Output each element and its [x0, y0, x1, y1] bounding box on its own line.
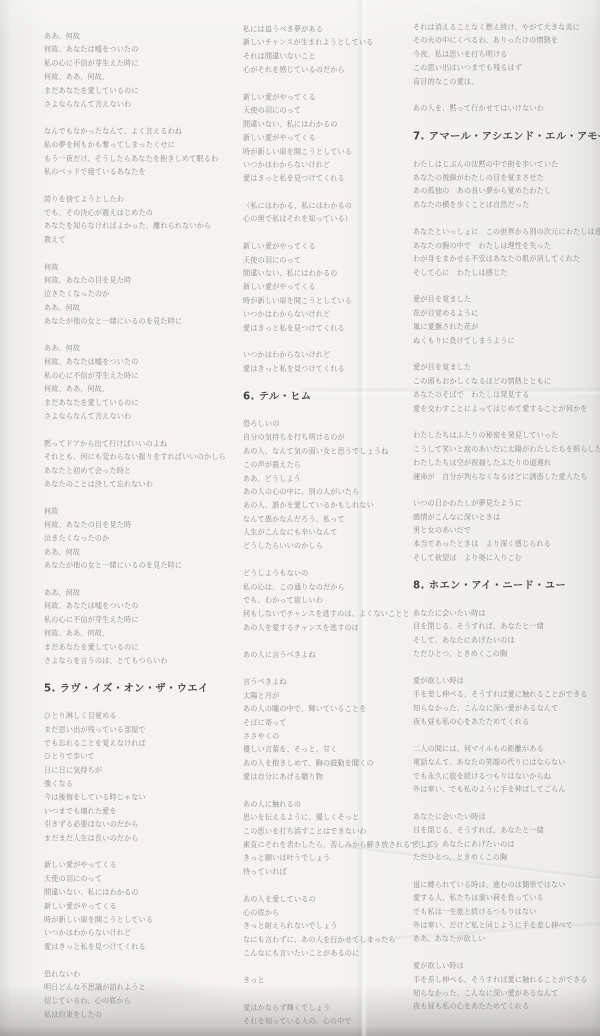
stanza: 愛はかならず輝くでしょうそれを知っている人の、心の中で — [243, 1001, 439, 1028]
lyric-line: 風に愛撫された花が — [413, 321, 600, 335]
lyric-line: この思い出はいつまでも残るはず — [413, 62, 600, 76]
stanza: あの人を、黙って行かせてはいけないわ — [413, 102, 600, 116]
lyric-line: さよならを言うのは、とてもつらいわ — [44, 654, 226, 668]
lyric-line: あの人の心の中に、別の人がいたら — [243, 486, 439, 500]
lyric-line: この思いを打ち消すことはできないわ — [243, 825, 439, 839]
lyric-line: 本当であったときは より深く感じられる — [413, 538, 600, 552]
lyric-line: 私の心に不信が芽生えた時に — [44, 57, 226, 71]
lyric-line: あなたの横を歩くことは自然だった — [413, 199, 600, 213]
lyric-line: わたしたちは空が祝福したふたりの道連れ — [413, 456, 600, 470]
lyric-line: 思いを伝えるように、優しくそっと — [243, 811, 439, 825]
lyric-line: 私の心は、この通りなのだから — [243, 581, 439, 595]
stanza: 恐れないわ明日どんな不思議が訪れようと信じているわ、心の底から私は約束をしたの — [44, 968, 226, 1022]
song-title-heading: 8. ホエン・アイ・ニード・ユー — [413, 579, 600, 593]
lyric-line: そして、あなたにあげたいのは — [413, 634, 600, 648]
lyric-line: 間違いない、私にはわかるの — [243, 267, 439, 281]
lyric-line: ああ、何故 — [44, 30, 226, 44]
lyric-line: 泣きたくなったのか — [44, 532, 226, 546]
lyric-line: 運命が 自分が判らなくなるほどに誘惑した愛人たち — [413, 470, 600, 484]
lyric-line: あなたに会いたい時は — [413, 607, 600, 621]
lyric-line: 今夜、私は思いを打ち明ける — [413, 48, 600, 62]
stanza: 新しい愛がやってくる天使の羽にのって間違いない、私にはわかるの新しい愛がやってく… — [243, 91, 439, 186]
lyric-line: 新しい愛がやってくる — [243, 132, 439, 146]
lyrics-column-1: ああ、何故何故、あなたは嘘をついたの私の心に不信が芽生えた時に何故、ああ、何故、… — [44, 30, 226, 1036]
lyric-line: それを知っている人の、心の中で — [243, 1015, 439, 1029]
lyric-line: ああ、何故 — [44, 546, 226, 560]
lyric-line: 太陽と月が — [243, 689, 439, 703]
lyric-line: 愛が目を覚ました — [413, 294, 600, 308]
lyric-line: 教えて — [44, 234, 226, 248]
lyric-line: ひとり淋しく目覚める — [44, 710, 226, 724]
stanza: 道に縛られている時は、進むのは簡単ではない愛する人、私たちは重い荷を負っているで… — [413, 878, 600, 946]
lyric-line: 感情がこんなに深いときは — [413, 511, 600, 525]
lyric-line: でも私は一生旅と続けるつもりはない — [413, 906, 600, 920]
lyric-line: 知らなかった、こんなに深い愛があるなんて — [413, 987, 600, 1001]
lyric-line: （私にはわかる、私にはわかるの — [243, 199, 439, 213]
lyric-line: なんでもなかったなんて、よく言えるわね — [44, 125, 226, 139]
song-title-text: 6. テル・ヒム — [243, 389, 439, 403]
lyric-line: 私は約束をしたの — [44, 1008, 226, 1022]
lyric-line: 新しい愛がやってくる — [44, 859, 226, 873]
lyric-line: 明日どんな不思議が訪れようと — [44, 981, 226, 995]
lyric-line: 私の夢を何もかも奪ってしまったくせに — [44, 139, 226, 153]
lyric-line: 新しい愛がやってくる — [44, 900, 226, 914]
lyric-line: なんて愚かなんだろう、私って — [243, 513, 439, 527]
stanza: いつかはわからないけれど愛はきっと私を見つけてくれる — [243, 349, 439, 376]
lyric-line: 黙ってドアから出て行けばいいのよね — [44, 437, 226, 451]
lyric-line: 何故、あなたの目を見た時 — [44, 519, 226, 533]
lyric-line: 何もしないでチャンスを逃すのは、よくないことと — [243, 608, 439, 622]
lyric-line: 愛はきっと私を見つけてくれる — [243, 362, 439, 376]
lyric-line: それは消えることなく燃え続け、やがて大きな炎に — [413, 21, 600, 35]
lyric-line: 心がそれを感じているのだから — [243, 64, 439, 78]
lyric-line: ああ、どうしよう — [243, 472, 439, 486]
lyric-line: あの人に言うべきよね — [243, 649, 439, 663]
lyric-line: 時が新しい扉を開こうとしている — [243, 294, 439, 308]
lyric-line: さよならなんて言えないわ — [44, 410, 226, 424]
lyric-line: 何故、ああ、何故、 — [44, 71, 226, 85]
lyric-line: いつかはわからないけれど — [243, 349, 439, 363]
lyric-line: 知らなかった、こんなに深い愛があるなんて — [413, 702, 600, 716]
lyric-line: 外は寒い、だけど私と同じように手を差し伸べて — [413, 919, 600, 933]
lyric-line: でも永久に旅を続けるつもりはないからね — [413, 770, 600, 784]
lyric-line: 何故、ああ、何故、 — [44, 383, 226, 397]
song-title-heading: 7. アマール・アシエンド・エル・アモール — [413, 130, 600, 144]
lyric-line: あなたのことは決して忘れないわ — [44, 478, 226, 492]
lyric-line: あの孤独の あの長い夢から覚めたわたし — [413, 185, 600, 199]
lyric-line: あなたを知らなければよかった、離れられないから — [44, 220, 226, 234]
stanza: わたしたちはふたりの秘密を発見していったこうして笑いと涙のあいだに太陽がわたした… — [413, 429, 600, 483]
lyric-line: ああ、何故 — [44, 587, 226, 601]
lyrics-column-3: それは消えることなく燃え続け、やがて大きな炎にその火の中にくべるわ、ありったけの… — [413, 21, 600, 1028]
lyric-line: あの人を愛しているの — [243, 893, 439, 907]
lyric-line: 新しい愛がやってくる — [243, 240, 439, 254]
stanza: 恐ろしいの自分の気持ちを打ち明けるのがあの人、なんて気の弱い女と思うでしょうねこ… — [243, 418, 439, 554]
lyric-line: ただひとつ、ときめくこの胸 — [413, 648, 600, 662]
stanza: あなたに会いたい時は目を閉じる、そうすれば、あなたと一緒そして、あなたにあげたい… — [413, 811, 600, 865]
stanza: ああ、何故何故、あなたは嘘をついたの私の心に不信が芽生えた時に何故、ああ、何故、… — [44, 30, 226, 111]
lyric-line: 信じているわ、心の底から — [44, 995, 226, 1009]
lyric-line: ささやくの — [243, 730, 439, 744]
lyric-line: 誇りを捨てようとしたわ — [44, 193, 226, 207]
lyric-line: あなたが他の女と一緒にいるのを見た時に — [44, 559, 226, 573]
lyric-line: 愛はきっと私を見つけてくれる — [243, 172, 439, 186]
stanza: それは消えることなく燃え続け、やがて大きな炎にその火の中にくべるわ、ありったけの… — [413, 21, 600, 89]
lyric-line: あの人の瞳の中で、輝いていることを — [243, 703, 439, 717]
lyric-line: まだあなたを愛しているのに — [44, 84, 226, 98]
lyric-line: そばに寄って — [243, 716, 439, 730]
lyric-line: ぬくもりに負けてしまうように — [413, 334, 600, 348]
lyric-line: 間違いない、私にはわかるの — [44, 886, 226, 900]
lyric-line: 人生がこんなにも辛いなんて — [243, 526, 439, 540]
lyric-line: あなたといっしょに この世界から別の次元にわたしは逃げた — [413, 226, 600, 240]
lyric-line: 何故、ああ、何故、 — [44, 627, 226, 641]
lyric-line: もう一夜だけ、そうしたらあなたを抱きしめて眠るわ — [44, 152, 226, 166]
lyric-line: でも忘れることを覚えなければ — [44, 737, 226, 751]
stanza: 愛が目を覚ましたこの頭もおかしくなるほどの情熱とともにあなたのそばで わたしは発… — [413, 361, 600, 415]
stanza: 黙ってドアから出て行けばいいのよねそれとも、何にも変わらない振りをすればいいのか… — [44, 437, 226, 491]
lyric-line: 心の奥で私はそれを知っている） — [243, 213, 439, 227]
stanza: あなたに会いたい時は目を閉じる、そうすれば、あなたと一緒そして、あなたにあげたい… — [413, 607, 600, 661]
lyric-line: わたしはじぶんの沈黙の中で街を歩いていた — [413, 158, 600, 172]
stanza: あなたといっしょに この世界から別の次元にわたしは逃げたあなたの腕の中で わたし… — [413, 226, 600, 280]
lyric-line: 目を閉じる、そうすれば、あなたと一緒 — [413, 824, 600, 838]
stanza: あの人に言うべきよね — [243, 649, 439, 663]
stanza: 愛が目を覚ました花が目覚めるように風に愛撫された花がぬくもりに負けてしまうように — [413, 294, 600, 348]
stanza: いつの日かわたしが夢見たように感情がこんなに深いときは男と女のあいだで本当であっ… — [413, 497, 600, 565]
lyric-line: 夜も昼も私の心をあたためてくれる — [413, 1001, 600, 1015]
lyric-line: いつまでも壊れた愛を — [44, 805, 226, 819]
lyric-line: 愛が欲しい時は — [413, 960, 600, 974]
lyric-line: 愛が目を覚ました — [413, 361, 600, 375]
lyric-line: 花が目覚めるように — [413, 307, 600, 321]
lyric-line: 時が新しい扉を開こうとしている — [44, 913, 226, 927]
lyric-line: 間違いない、私にはわかるの — [243, 118, 439, 132]
stanza: 何故何故、あなたの目を見た時泣きたくなったのかああ、何故あなたが他の女と一緒にい… — [44, 261, 226, 329]
lyric-line: 電話なんて、あなたの笑顔の代りにはならない — [413, 756, 600, 770]
lyric-line: こんなにも言いたいことがあるのに — [243, 947, 439, 961]
lyric-line: 素直にそれを表わしたら、苦しみから解き放されるでしょう — [243, 839, 439, 853]
lyric-line: きっと耐えられないでしょう — [243, 920, 439, 934]
lyric-line: 愛が欲しい時は — [413, 675, 600, 689]
lyric-line: 愛は自分にあげる贈り物 — [243, 771, 439, 785]
lyric-line: 私の心に不信が芽生えた時に — [44, 369, 226, 383]
lyric-line: 言うべきよね — [243, 676, 439, 690]
lyric-line: あの人、誰かを愛しているかもしれない — [243, 499, 439, 513]
lyric-line: この頭もおかしくなるほどの情熱とともに — [413, 375, 600, 389]
lyric-line: あなたの視線がわたしの目を覚まさせた — [413, 171, 600, 185]
lyric-line: この声が震えたら — [243, 458, 439, 472]
lyric-line: わたしたちはふたりの秘密を発見していった — [413, 429, 600, 443]
lyric-line: 天使の羽にのって — [44, 873, 226, 887]
stanza: 愛が欲しい時は手を差し伸べる、そうすれば愛に触れることができる知らなかった、こん… — [413, 675, 600, 729]
stanza: 言うべきよね太陽と月があの人の瞳の中で、輝いていることをそばに寄ってささやくの優… — [243, 676, 439, 785]
stanza: 誇りを捨てようとしたわでも、その決心が震えはじめたのあなたを知らなければよかった… — [44, 193, 226, 247]
stanza: なんでもなかったなんて、よく言えるわね私の夢を何もかも奪ってしまったくせにもう一… — [44, 125, 226, 179]
lyric-line: 何故、あなたは嘘をついたの — [44, 44, 226, 58]
lyric-line: 愛はきっと私を見つけてくれる — [44, 941, 226, 955]
stanza: 二人の間には、何マイルもの距離がある電話なんて、あなたの笑顔の代りにはならないで… — [413, 743, 600, 797]
lyric-line: 心の底から — [243, 906, 439, 920]
lyric-line: 優しい言葉を、そっと、甘く — [243, 744, 439, 758]
stanza: 何故何故、あなたの目を見た時泣きたくなったのかああ、何故あなたが他の女と一緒にい… — [44, 505, 226, 573]
lyric-line: そして、あなたにあげたいのは — [413, 838, 600, 852]
lyric-line: 何故、あなたの目を見た時 — [44, 274, 226, 288]
lyric-line: あの人を抱きしめて、胸の鼓動を聞くの — [243, 757, 439, 771]
lyric-line: あなたの腕の中で わたしは理性を失った — [413, 239, 600, 253]
lyric-line: 新しい愛がやってくる — [243, 91, 439, 105]
lyric-line: いつかはわからないけれど — [243, 159, 439, 173]
stanza: 私には追うべき夢がある新しいチャンスが生まれようとしているそれは間違いないこと心… — [243, 23, 439, 77]
stanza: あの人に触れるの思いを伝えるように、優しくそっとこの思いを打ち消すことはできない… — [243, 798, 439, 879]
lyric-line: いつかはわからないけれど — [44, 927, 226, 941]
lyric-line: どうしたらいいのかしら — [243, 540, 439, 554]
lyric-line: 今は後悔をしている時じゃない — [44, 791, 226, 805]
lyric-line: ああ、何故 — [44, 301, 226, 315]
lyric-line: ああ、何故 — [44, 342, 226, 356]
stanza: ああ、何故何故、あなたは嘘をついたの私の心に不信が芽生えた時に何故、ああ、何故、… — [44, 587, 226, 668]
lyric-line: でも、わかって欲しいわ — [243, 594, 439, 608]
song-title-text: 8. ホエン・アイ・ニード・ユー — [413, 579, 600, 593]
song-title-heading: 6. テル・ヒム — [243, 389, 439, 403]
lyric-line: あなたに会いたい時は — [413, 811, 600, 825]
lyric-line: まだあなたを愛しているのに — [44, 641, 226, 655]
lyric-line: 愛を交わすことによってはじめて愛することが何かを — [413, 402, 600, 416]
lyric-line: まだあなたを愛しているのに — [44, 396, 226, 410]
song-title-text: 5. ラヴ・イズ・オン・ザ・ウエイ — [44, 682, 226, 696]
stanza: （私にはわかる、私にはわかるの心の奥で私はそれを知っている） — [243, 199, 439, 226]
lyric-line: あの人に触れるの — [243, 798, 439, 812]
lyric-line: 二人の間には、何マイルもの距離がある — [413, 743, 600, 757]
lyric-line: あなたが他の女と一緒にいるのを見た時に — [44, 315, 226, 329]
lyric-line: 男と女のあいだで — [413, 524, 600, 538]
lyric-line: きっと — [243, 974, 439, 988]
lyric-line: 日に日に気持ちが — [44, 764, 226, 778]
lyric-line: でも、その決心が震えはじめたの — [44, 206, 226, 220]
lyric-line: 何故、あなたは嘘をついたの — [44, 356, 226, 370]
lyric-line: あの人、なんて気の弱い女と思うでしょうね — [243, 445, 439, 459]
lyric-line: まだ思い出が残っている部屋で — [44, 723, 226, 737]
stanza: どうしようもないの私の心は、この通りなのだからでも、わかって欲しいわ何もしないで… — [243, 567, 439, 635]
lyric-line: 待っていれば — [243, 866, 439, 880]
lyric-line: まだまだ人生は長いのだから — [44, 832, 226, 846]
lyrics-column-2: 私には追うべき夢がある新しいチャンスが生まれようとしているそれは間違いないこと心… — [243, 23, 439, 1036]
lyric-line: こうして笑いと涙のあいだに太陽がわたしたちを照らした — [413, 443, 600, 457]
lyric-line: 何故 — [44, 261, 226, 275]
lyric-line: そして欲望は より奥に入りこむ — [413, 551, 600, 565]
lyric-line: 私の心に不信が芽生えた時に — [44, 614, 226, 628]
stanza: わたしはじぶんの沈黙の中で街を歩いていたあなたの視線がわたしの目を覚まさせたあの… — [413, 158, 600, 212]
lyric-line: 何故 — [44, 505, 226, 519]
lyric-line: あなたのそばで わたしは発見する — [413, 389, 600, 403]
lyric-line: 恐ろしいの — [243, 418, 439, 432]
lyric-line: 引きずる必要はないのだから — [44, 818, 226, 832]
lyric-line: 恐れないわ — [44, 968, 226, 982]
lyric-line: 手を差し伸べる、そうすれば愛に触れることができる — [413, 688, 600, 702]
lyric-line: 愛はかならず輝くでしょう — [243, 1001, 439, 1015]
lyric-line: それとも、何にも変わらない振りをすればいいのかしら — [44, 451, 226, 465]
lyric-line: ひとりで歩いて — [44, 751, 226, 765]
lyric-line: いつの日かわたしが夢見たように — [413, 497, 600, 511]
lyric-line: あの人を愛するチャンスを逃すのは — [243, 621, 439, 635]
stanza: 新しい愛がやってくる天使の羽にのって間違いない、私にはわかるの新しい愛がやってく… — [44, 859, 226, 954]
lyric-line: わが身をまかせる不安はあなたの肌が消してくれた — [413, 253, 600, 267]
lyric-line: 外は寒い、でも私のように手を伸ばしてごらん — [413, 783, 600, 797]
lyric-line: 新しい愛がやってくる — [243, 281, 439, 295]
stanza: 新しい愛がやってくる天使の羽にのって間違いない、私にはわかるの新しい愛がやってく… — [243, 240, 439, 335]
stanza: ひとり淋しく目覚めるまだ思い出が残っている部屋ででも忘れることを覚えなければひと… — [44, 710, 226, 846]
lyric-line: 時が新しい扉を開こうとしている — [243, 145, 439, 159]
lyric-line: 目を閉じる、そうすれば、あなたと一緒 — [413, 620, 600, 634]
lyric-line: いつかはわからないけれど — [243, 308, 439, 322]
stanza: 愛が欲しい時は手を差し伸べる、そうすれば愛に触れることができる知らなかった、こん… — [413, 960, 600, 1014]
lyric-line: 何故、あなたは嘘をついたの — [44, 600, 226, 614]
lyric-line: 道に縛られている時は、進むのは簡単ではない — [413, 878, 600, 892]
stanza: あの人を愛しているの心の底からきっと耐えられないでしょうなにも言わずに、あの人を… — [243, 893, 439, 961]
lyric-line: ただひとつ、ときめくこの胸 — [413, 851, 600, 865]
lyric-line: さよならなんて言えないわ — [44, 98, 226, 112]
lyric-line: それは間違いないこと — [243, 50, 439, 64]
lyric-line: 新しいチャンスが生まれようとしている — [243, 37, 439, 51]
lyric-line: 泣きたくなったのか — [44, 288, 226, 302]
lyric-line: 私のベッドで寝ているあなたを — [44, 166, 226, 180]
lyric-line: なにも言わずに、あの人を行かせてしまったら — [243, 934, 439, 948]
lyric-line: あなたと初めて会った時と — [44, 464, 226, 478]
lyric-line: 私には追うべき夢がある — [243, 23, 439, 37]
lyric-line: きっと願いは叶うでしょう — [243, 852, 439, 866]
lyric-line: その火の中にくべるわ、ありったけの情熱を — [413, 35, 600, 49]
lyric-line: 夜も昼も私の心をあたためてくれる — [413, 715, 600, 729]
lyric-line: 強くなる — [44, 778, 226, 792]
lyric-line: どうしようもないの — [243, 567, 439, 581]
lyric-line: ああ、あなたが欲しい — [413, 933, 600, 947]
lyric-line: 愛はきっと私を見つけてくれる — [243, 322, 439, 336]
stanza: きっと — [243, 974, 439, 988]
lyric-line: 盲目的なこの愛は、 — [413, 75, 600, 89]
song-title-heading: 5. ラヴ・イズ・オン・ザ・ウエイ — [44, 682, 226, 696]
lyric-line: 自分の気持ちを打ち明けるのが — [243, 431, 439, 445]
stanza: ああ、何故何故、あなたは嘘をついたの私の心に不信が芽生えた時に何故、ああ、何故、… — [44, 342, 226, 423]
lyric-line: 天使の羽にのって — [243, 104, 439, 118]
lyric-line: 手を差し伸べる、そうすれば愛に触れることができる — [413, 973, 600, 987]
lyric-line: 天使の羽にのって — [243, 254, 439, 268]
lyric-line: あの人を、黙って行かせてはいけないわ — [413, 102, 600, 116]
song-title-text: 7. アマール・アシエンド・エル・アモール — [413, 130, 600, 144]
lyric-line: そして心に わたしは感じた — [413, 266, 600, 280]
lyric-line: 愛する人、私たちは重い荷を負っている — [413, 892, 600, 906]
